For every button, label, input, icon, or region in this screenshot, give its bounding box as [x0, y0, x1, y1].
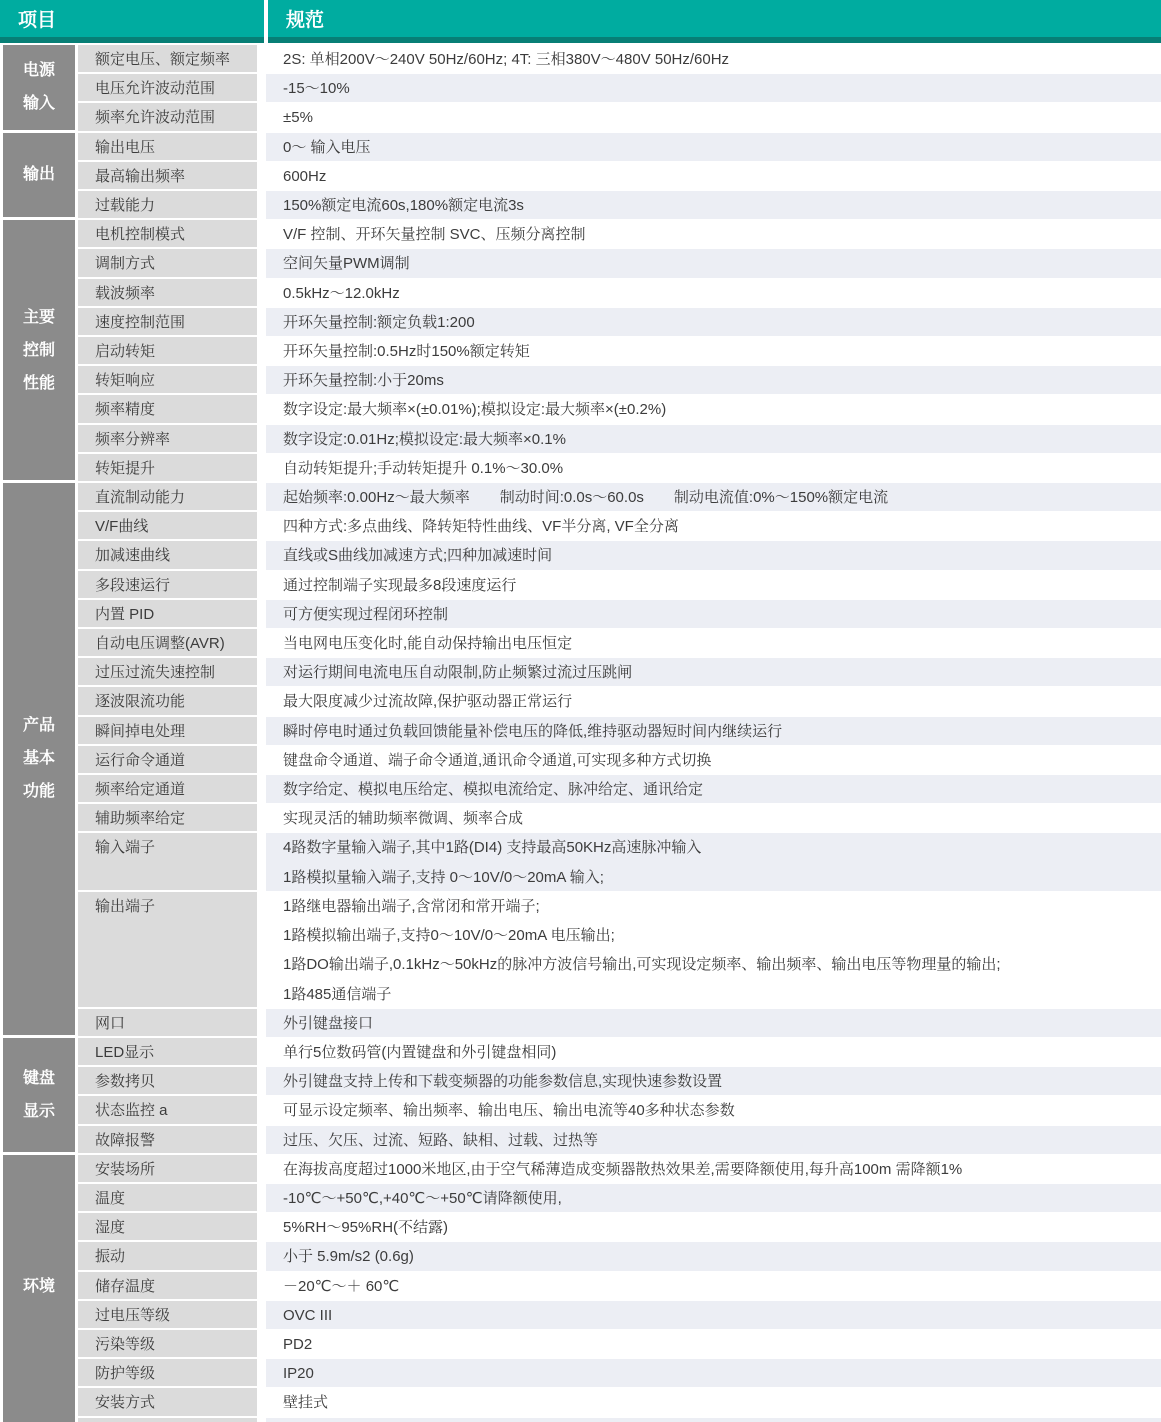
table-row: V/F曲线四种方式:多点曲线、降转矩特性曲线、VF半分离, VF全分离 — [78, 512, 1161, 541]
table-section: 环境安装场所在海拔高度超过1000米地区,由于空气稀薄造成变频器散热效果差,需要… — [0, 1155, 1161, 1418]
spec-cell: 数字设定:最大频率×(±0.01%);模拟设定:最大频率×(±0.2%) — [266, 395, 1161, 424]
spec-text-line: 1路485通信端子 — [283, 980, 1161, 1009]
spec-text-line: 1路模拟输出端子,支持0～10V/0～20mA 电压输出; — [283, 921, 1161, 950]
param-cell: 电机控制模式 — [78, 220, 257, 249]
spec-cell: -15～10% — [266, 74, 1161, 103]
table-row: 加减速曲线直线或S曲线加减速方式;四种加减速时间 — [78, 541, 1161, 570]
param-cell: 输入端子 — [78, 833, 257, 891]
spec-text-line: 1路继电器输出端子,含常闭和常开端子; — [283, 892, 1161, 921]
header-item-label: 项目 — [0, 0, 264, 43]
table-row: 内置 PID可方便实现过程闭环控制 — [78, 600, 1161, 629]
spec-text-line: 在海拔高度超过1000米地区,由于空气稀薄造成变频器散热效果差,需要降额使用,每… — [283, 1155, 1161, 1184]
spec-text-line: 2S: 单相200V～240V 50Hz/60Hz; 4T: 三相380V～48… — [283, 45, 1161, 74]
table-row: 输出电压0～ 输入电压 — [78, 133, 1161, 162]
table-row: 转矩响应开环矢量控制:小于20ms — [78, 366, 1161, 395]
table-row: 过载能力150%额定电流60s,180%额定电流3s — [78, 191, 1161, 220]
spec-cell: 可方便实现过程闭环控制 — [266, 600, 1161, 629]
spec-cell: 5%RH～95%RH(不结露) — [266, 1213, 1161, 1242]
spec-table-body: 电源输入额定电压、额定频率2S: 单相200V～240V 50Hz/60Hz; … — [0, 45, 1161, 1418]
spec-cell: 外引键盘接口 — [266, 1009, 1161, 1038]
spec-text-line: 自动转矩提升;手动转矩提升 0.1%～30.0% — [283, 454, 1161, 483]
spec-text-line: 空间矢量PWM调制 — [283, 249, 1161, 278]
spec-text-line: 键盘命令通道、端子命令通道,通讯命令通道,可实现多种方式切换 — [283, 746, 1161, 775]
table-row: 自动电压调整(AVR)当电网电压变化时,能自动保持输出电压恒定 — [78, 629, 1161, 658]
spec-text-line: V/F 控制、开环矢量控制 SVC、压频分离控制 — [283, 220, 1161, 249]
spec-text-line: 开环矢量控制:0.5Hz时150%额定转矩 — [283, 337, 1161, 366]
spec-cell: 实现灵活的辅助频率微调、频率合成 — [266, 804, 1161, 833]
spec-cell: 直线或S曲线加减速方式;四种加减速时间 — [266, 541, 1161, 570]
table-section: 产品基本功能直流制动能力起始频率:0.00Hz～最大频率 制动时间:0.0s～6… — [0, 483, 1161, 1038]
table-row: 电机控制模式V/F 控制、开环矢量控制 SVC、压频分离控制 — [78, 220, 1161, 249]
table-header: 项目 规范 — [0, 0, 1161, 43]
param-cell: 频率分辨率 — [78, 425, 257, 454]
spec-cell: -10℃～+50℃,+40℃～+50℃请降额使用, — [266, 1184, 1161, 1213]
table-row: 振动小于 5.9m/s2 (0.6g) — [78, 1242, 1161, 1271]
spec-text-line: 外引键盘支持上传和下载变频器的功能参数信息,实现快速参数设置 — [283, 1067, 1161, 1096]
param-cell: 湿度 — [78, 1213, 257, 1242]
spec-cell: 单行5位数码管(内置键盘和外引键盘相同) — [266, 1038, 1161, 1067]
spec-cell: 瞬时停电时通过负载回馈能量补偿电压的降低,维持驱动器短时间内继续运行 — [266, 717, 1161, 746]
spec-text-line: 过压、欠压、过流、短路、缺相、过载、过热等 — [283, 1126, 1161, 1155]
spec-cell: 小于 5.9m/s2 (0.6g) — [266, 1242, 1161, 1271]
table-row: 载波频率0.5kHz～12.0kHz — [78, 279, 1161, 308]
spec-cell: 在海拔高度超过1000米地区,由于空气稀薄造成变频器散热效果差,需要降额使用,每… — [266, 1155, 1161, 1184]
table-row: 辅助频率给定实现灵活的辅助频率微调、频率合成 — [78, 804, 1161, 833]
param-cell: 直流制动能力 — [78, 483, 257, 512]
param-cell: 频率给定通道 — [78, 775, 257, 804]
table-section: 主要控制性能电机控制模式V/F 控制、开环矢量控制 SVC、压频分离控制调制方式… — [0, 220, 1161, 483]
spec-text-line: 600Hz — [283, 162, 1161, 191]
table-row: 网口外引键盘接口 — [78, 1009, 1161, 1038]
table-row: 状态监控 a可显示设定频率、输出频率、输出电压、输出电流等40多种状态参数 — [78, 1096, 1161, 1125]
param-cell: 启动转矩 — [78, 337, 257, 366]
table-row: 速度控制范围开环矢量控制:额定负载1:200 — [78, 308, 1161, 337]
spec-text-line: PD2 — [283, 1330, 1161, 1359]
param-cell: 加减速曲线 — [78, 541, 257, 570]
spec-cell: 开环矢量控制:额定负载1:200 — [266, 308, 1161, 337]
param-cell: 温度 — [78, 1184, 257, 1213]
param-cell: 过压过流失速控制 — [78, 658, 257, 687]
spec-cell: 4路数字量输入端子,其中1路(DI4) 支持最高50KHz高速脉冲输入1路模拟量… — [266, 833, 1161, 891]
spec-cell: ±5% — [266, 103, 1161, 132]
spec-cell: 600Hz — [266, 162, 1161, 191]
table-row: 电压允许波动范围-15～10% — [78, 74, 1161, 103]
param-cell: 网口 — [78, 1009, 257, 1038]
spec-text-line: 数字给定、模拟电压给定、模拟电流给定、脉冲给定、通讯给定 — [283, 775, 1161, 804]
category-cell: 输出 — [3, 133, 75, 218]
table-row: 调制方式空间矢量PWM调制 — [78, 249, 1161, 278]
cutoff-category-cell — [3, 1418, 75, 1422]
spec-text-line: 5%RH～95%RH(不结露) — [283, 1213, 1161, 1242]
param-cell: 频率允许波动范围 — [78, 103, 257, 132]
spec-text-line: 最大限度减少过流故障,保护驱动器正常运行 — [283, 687, 1161, 716]
table-row: 频率允许波动范围±5% — [78, 103, 1161, 132]
spec-cell: V/F 控制、开环矢量控制 SVC、压频分离控制 — [266, 220, 1161, 249]
spec-text-line: 1路DO输出端子,0.1kHz～50kHz的脉冲方波信号输出,可实现设定频率、输… — [283, 950, 1161, 979]
table-row: 湿度5%RH～95%RH(不结露) — [78, 1213, 1161, 1242]
table-row: 运行命令通道键盘命令通道、端子命令通道,通讯命令通道,可实现多种方式切换 — [78, 746, 1161, 775]
spec-cell: 空间矢量PWM调制 — [266, 249, 1161, 278]
spec-cell: 0～ 输入电压 — [266, 133, 1161, 162]
category-label-line: 主要 — [23, 301, 55, 334]
param-cell: 额定电压、额定频率 — [78, 45, 257, 74]
spec-text-line: 数字设定:最大频率×(±0.01%);模拟设定:最大频率×(±0.2%) — [283, 395, 1161, 424]
param-cell: 参数拷贝 — [78, 1067, 257, 1096]
spec-text-line: ±5% — [283, 103, 1161, 132]
spec-text-line: 四种方式:多点曲线、降转矩特性曲线、VF半分离, VF全分离 — [283, 512, 1161, 541]
spec-text-line: 外引键盘接口 — [283, 1009, 1161, 1038]
category-label-line: 输出 — [23, 158, 55, 191]
cutoff-param-cell — [78, 1418, 257, 1422]
param-cell: 防护等级 — [78, 1359, 257, 1388]
category-label-line: 产品 — [23, 709, 55, 742]
param-cell: 输出端子 — [78, 892, 257, 1009]
spec-text-line: -10℃～+50℃,+40℃～+50℃请降额使用, — [283, 1184, 1161, 1213]
spec-cell: 外引键盘支持上传和下载变频器的功能参数信息,实现快速参数设置 — [266, 1067, 1161, 1096]
spec-text-line: 单行5位数码管(内置键盘和外引键盘相同) — [283, 1038, 1161, 1067]
category-label-line: 控制 — [23, 334, 55, 367]
table-row: 过电压等级OVC III — [78, 1301, 1161, 1330]
table-row: LED显示单行5位数码管(内置键盘和外引键盘相同) — [78, 1038, 1161, 1067]
spec-text-line: 1路模拟量输入端子,支持 0～10V/0～20mA 输入; — [283, 863, 1161, 892]
table-row: 储存温度－20℃～＋ 60℃ — [78, 1272, 1161, 1301]
table-row: 多段速运行通过控制端子实现最多8段速度运行 — [78, 571, 1161, 600]
spec-cell: PD2 — [266, 1330, 1161, 1359]
spec-cell: 四种方式:多点曲线、降转矩特性曲线、VF半分离, VF全分离 — [266, 512, 1161, 541]
spec-text-line: 通过控制端子实现最多8段速度运行 — [283, 571, 1161, 600]
param-cell: 安装场所 — [78, 1155, 257, 1184]
spec-text-line: 对运行期间电流电压自动限制,防止频繁过流过压跳闸 — [283, 658, 1161, 687]
spec-text-line: IP20 — [283, 1359, 1161, 1388]
table-row: 额定电压、额定频率2S: 单相200V～240V 50Hz/60Hz; 4T: … — [78, 45, 1161, 74]
param-cell: 运行命令通道 — [78, 746, 257, 775]
cutoff-row — [0, 1418, 1161, 1422]
spec-cell: 开环矢量控制:小于20ms — [266, 366, 1161, 395]
spec-cell: 键盘命令通道、端子命令通道,通讯命令通道,可实现多种方式切换 — [266, 746, 1161, 775]
spec-cell: 数字给定、模拟电压给定、模拟电流给定、脉冲给定、通讯给定 — [266, 775, 1161, 804]
category-cell: 键盘显示 — [3, 1038, 75, 1152]
spec-cell: 1路继电器输出端子,含常闭和常开端子;1路模拟输出端子,支持0～10V/0～20… — [266, 892, 1161, 1009]
param-cell: 转矩提升 — [78, 454, 257, 483]
spec-cell: OVC III — [266, 1301, 1161, 1330]
spec-cell: IP20 — [266, 1359, 1161, 1388]
spec-cell: 壁挂式 — [266, 1388, 1161, 1417]
table-row: 安装场所在海拔高度超过1000米地区,由于空气稀薄造成变频器散热效果差,需要降额… — [78, 1155, 1161, 1184]
category-cell: 主要控制性能 — [3, 220, 75, 480]
spec-text-line: 数字设定:0.01Hz;模拟设定:最大频率×0.1% — [283, 425, 1161, 454]
param-cell: 最高输出频率 — [78, 162, 257, 191]
category-label-line: 键盘 — [23, 1062, 55, 1095]
spec-text-line: 4路数字量输入端子,其中1路(DI4) 支持最高50KHz高速脉冲输入 — [283, 833, 1161, 862]
param-cell: V/F曲线 — [78, 512, 257, 541]
table-section: 输出输出电压0～ 输入电压最高输出频率600Hz过载能力150%额定电流60s,… — [0, 133, 1161, 221]
param-cell: 多段速运行 — [78, 571, 257, 600]
table-section: 键盘显示LED显示单行5位数码管(内置键盘和外引键盘相同)参数拷贝外引键盘支持上… — [0, 1038, 1161, 1155]
category-cell: 产品基本功能 — [3, 483, 75, 1035]
spec-cell: 可显示设定频率、输出频率、输出电压、输出电流等40多种状态参数 — [266, 1096, 1161, 1125]
table-row: 频率精度数字设定:最大频率×(±0.01%);模拟设定:最大频率×(±0.2%) — [78, 395, 1161, 424]
spec-cell: －20℃～＋ 60℃ — [266, 1272, 1161, 1301]
category-label-line: 环境 — [23, 1270, 55, 1303]
cutoff-spec-cell — [266, 1418, 1161, 1422]
spec-cell: 过压、欠压、过流、短路、缺相、过载、过热等 — [266, 1126, 1161, 1155]
spec-text-line: 起始频率:0.00Hz～最大频率 制动时间:0.0s～60.0s 制动电流值:0… — [283, 483, 1161, 512]
spec-cell: 当电网电压变化时,能自动保持输出电压恒定 — [266, 629, 1161, 658]
spec-text-line: 当电网电压变化时,能自动保持输出电压恒定 — [283, 629, 1161, 658]
param-cell: 频率精度 — [78, 395, 257, 424]
spec-text-line: OVC III — [283, 1301, 1161, 1330]
category-cell: 环境 — [3, 1155, 75, 1418]
spec-text-line: 小于 5.9m/s2 (0.6g) — [283, 1242, 1161, 1271]
spec-text-line: 可方便实现过程闭环控制 — [283, 600, 1161, 629]
param-cell: LED显示 — [78, 1038, 257, 1067]
category-label-line: 基本 — [23, 742, 55, 775]
table-row: 防护等级IP20 — [78, 1359, 1161, 1388]
spec-text-line: -15～10% — [283, 74, 1161, 103]
category-label-line: 性能 — [23, 367, 55, 400]
spec-text-line: 实现灵活的辅助频率微调、频率合成 — [283, 804, 1161, 833]
table-row: 污染等级PD2 — [78, 1330, 1161, 1359]
table-row: 转矩提升自动转矩提升;手动转矩提升 0.1%～30.0% — [78, 454, 1161, 483]
table-row: 最高输出频率600Hz — [78, 162, 1161, 191]
header-spec-label: 规范 — [268, 0, 1161, 43]
spec-cell: 最大限度减少过流故障,保护驱动器正常运行 — [266, 687, 1161, 716]
param-cell: 状态监控 a — [78, 1096, 257, 1125]
param-cell: 安装方式 — [78, 1388, 257, 1417]
table-row: 故障报警过压、欠压、过流、短路、缺相、过载、过热等 — [78, 1126, 1161, 1155]
table-section: 电源输入额定电压、额定频率2S: 单相200V～240V 50Hz/60Hz; … — [0, 45, 1161, 133]
spec-cell: 数字设定:0.01Hz;模拟设定:最大频率×0.1% — [266, 425, 1161, 454]
param-cell: 输出电压 — [78, 133, 257, 162]
spec-text-line: 可显示设定频率、输出频率、输出电压、输出电流等40多种状态参数 — [283, 1096, 1161, 1125]
spec-cell: 开环矢量控制:0.5Hz时150%额定转矩 — [266, 337, 1161, 366]
table-row: 直流制动能力起始频率:0.00Hz～最大频率 制动时间:0.0s～60.0s 制… — [78, 483, 1161, 512]
spec-text-line: 0～ 输入电压 — [283, 133, 1161, 162]
table-row: 逐波限流功能最大限度减少过流故障,保护驱动器正常运行 — [78, 687, 1161, 716]
table-row: 输出端子1路继电器输出端子,含常闭和常开端子;1路模拟输出端子,支持0～10V/… — [78, 892, 1161, 1009]
table-row: 频率分辨率数字设定:0.01Hz;模拟设定:最大频率×0.1% — [78, 425, 1161, 454]
category-label-line: 输入 — [23, 87, 55, 120]
table-row: 输入端子4路数字量输入端子,其中1路(DI4) 支持最高50KHz高速脉冲输入1… — [78, 833, 1161, 891]
spec-cell: 自动转矩提升;手动转矩提升 0.1%～30.0% — [266, 454, 1161, 483]
param-cell: 调制方式 — [78, 249, 257, 278]
param-cell: 内置 PID — [78, 600, 257, 629]
spec-text-line: －20℃～＋ 60℃ — [283, 1272, 1161, 1301]
param-cell: 辅助频率给定 — [78, 804, 257, 833]
param-cell: 电压允许波动范围 — [78, 74, 257, 103]
param-cell: 自动电压调整(AVR) — [78, 629, 257, 658]
param-cell: 速度控制范围 — [78, 308, 257, 337]
spec-cell: 起始频率:0.00Hz～最大频率 制动时间:0.0s～60.0s 制动电流值:0… — [266, 483, 1161, 512]
table-row: 温度-10℃～+50℃,+40℃～+50℃请降额使用, — [78, 1184, 1161, 1213]
param-cell: 过电压等级 — [78, 1301, 257, 1330]
spec-text-line: 开环矢量控制:小于20ms — [283, 366, 1161, 395]
spec-text-line: 直线或S曲线加减速方式;四种加减速时间 — [283, 541, 1161, 570]
param-cell: 载波频率 — [78, 279, 257, 308]
spec-text-line: 开环矢量控制:额定负载1:200 — [283, 308, 1161, 337]
param-cell: 污染等级 — [78, 1330, 257, 1359]
table-row: 频率给定通道数字给定、模拟电压给定、模拟电流给定、脉冲给定、通讯给定 — [78, 775, 1161, 804]
param-cell: 瞬间掉电处理 — [78, 717, 257, 746]
category-label-line: 电源 — [23, 54, 55, 87]
category-label-line: 功能 — [23, 775, 55, 808]
table-row: 参数拷贝外引键盘支持上传和下载变频器的功能参数信息,实现快速参数设置 — [78, 1067, 1161, 1096]
param-cell: 储存温度 — [78, 1272, 257, 1301]
spec-text-line: 0.5kHz～12.0kHz — [283, 279, 1161, 308]
category-cell: 电源输入 — [3, 45, 75, 130]
table-row: 安装方式壁挂式 — [78, 1388, 1161, 1417]
spec-text-line: 150%额定电流60s,180%额定电流3s — [283, 191, 1161, 220]
param-cell: 逐波限流功能 — [78, 687, 257, 716]
spec-cell: 通过控制端子实现最多8段速度运行 — [266, 571, 1161, 600]
spec-text-line: 壁挂式 — [283, 1388, 1161, 1417]
table-row: 瞬间掉电处理瞬时停电时通过负载回馈能量补偿电压的降低,维持驱动器短时间内继续运行 — [78, 717, 1161, 746]
spec-text-line: 瞬时停电时通过负载回馈能量补偿电压的降低,维持驱动器短时间内继续运行 — [283, 717, 1161, 746]
spec-cell: 对运行期间电流电压自动限制,防止频繁过流过压跳闸 — [266, 658, 1161, 687]
param-cell: 转矩响应 — [78, 366, 257, 395]
category-label-line: 显示 — [23, 1095, 55, 1128]
spec-cell: 0.5kHz～12.0kHz — [266, 279, 1161, 308]
param-cell: 过载能力 — [78, 191, 257, 220]
param-cell: 故障报警 — [78, 1126, 257, 1155]
spec-cell: 2S: 单相200V～240V 50Hz/60Hz; 4T: 三相380V～48… — [266, 45, 1161, 74]
table-row: 过压过流失速控制对运行期间电流电压自动限制,防止频繁过流过压跳闸 — [78, 658, 1161, 687]
spec-cell: 150%额定电流60s,180%额定电流3s — [266, 191, 1161, 220]
table-row: 启动转矩开环矢量控制:0.5Hz时150%额定转矩 — [78, 337, 1161, 366]
param-cell: 振动 — [78, 1242, 257, 1271]
